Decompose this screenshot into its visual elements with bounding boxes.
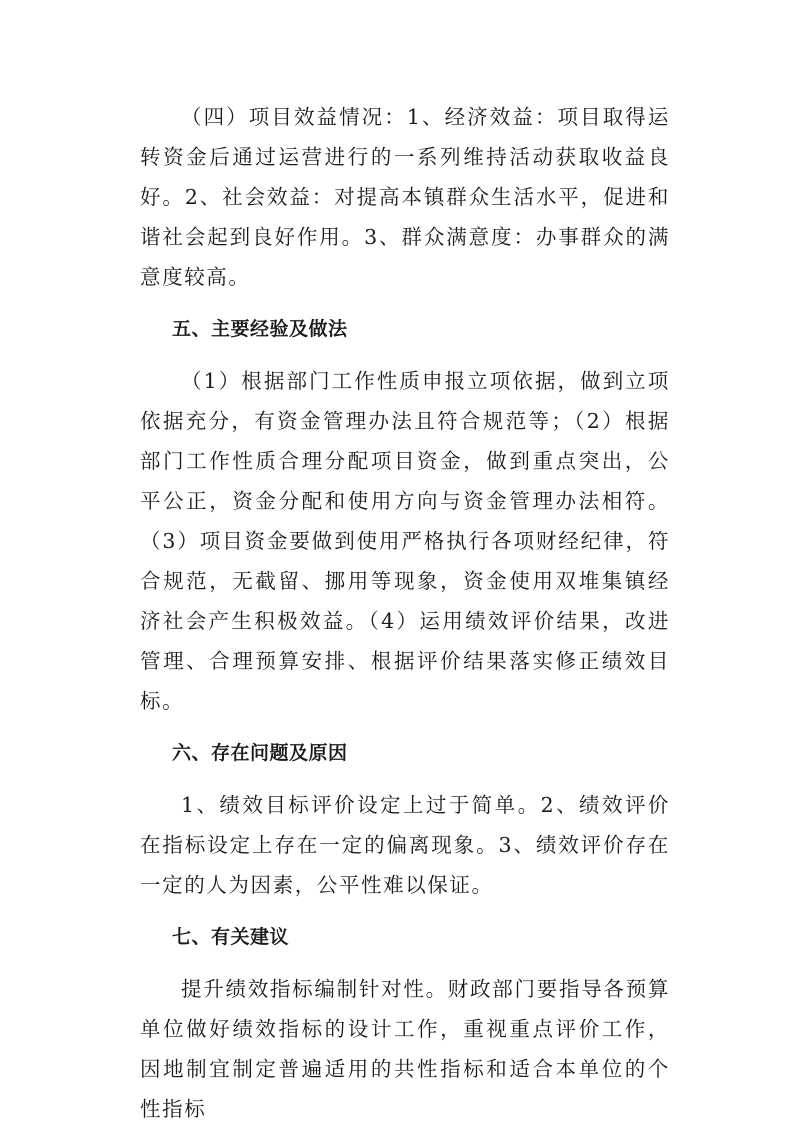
paragraph-main-experience: （1）根据部门工作性质申报立项依据，做到立项依据充分，有资金管理办法且符合规范等… — [140, 361, 670, 721]
heading-problems-causes: 六、存在问题及原因 — [172, 733, 670, 773]
document-page: （四）项目效益情况：1、经济效益：项目取得运转资金后通过运营进行的一系列维持活动… — [140, 97, 670, 1122]
paragraph-project-benefits: （四）项目效益情况：1、经济效益：项目取得运转资金后通过运营进行的一系列维持活动… — [140, 97, 670, 297]
paragraph-problems-causes: 1、绩效目标评价设定上过于简单。2、绩效评价在指标设定上存在一定的偏离现象。3、… — [140, 785, 670, 905]
heading-main-experience: 五、主要经验及做法 — [172, 309, 670, 349]
heading-suggestions: 七、有关建议 — [172, 917, 670, 957]
paragraph-suggestions: 提升绩效指标编制针对性。财政部门要指导各预算单位做好绩效指标的设计工作，重视重点… — [140, 969, 670, 1122]
